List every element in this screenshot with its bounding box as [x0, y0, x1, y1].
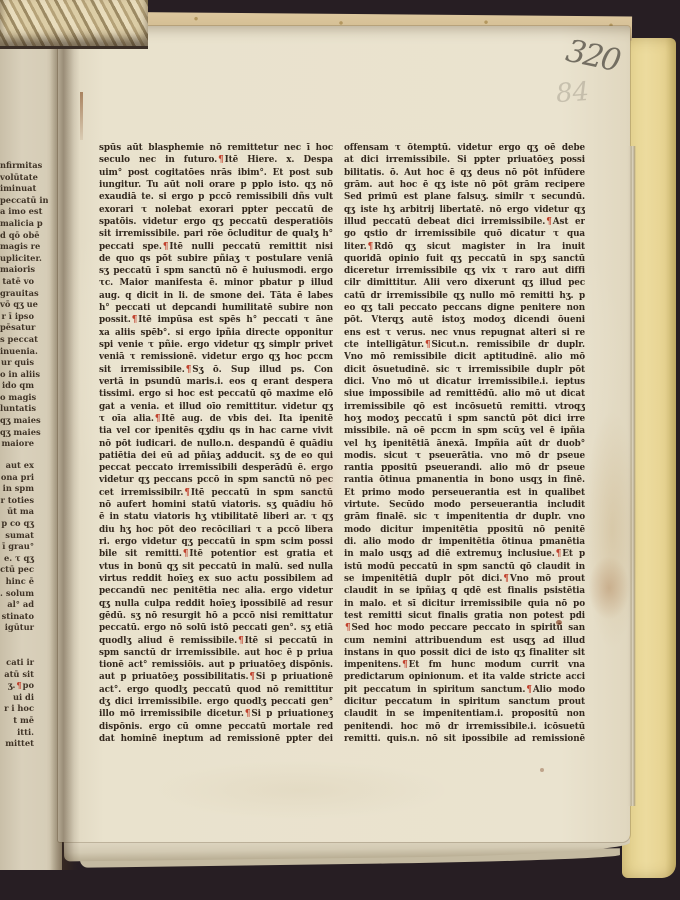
text-line: ri. ergo videtur qʒ peccatū in spm scim …	[99, 536, 333, 548]
text-line: iminuat	[0, 183, 48, 195]
headband-stitching	[0, 0, 148, 49]
text-line: quodlʒ aliud ē remissibile.¶Itē si pecca…	[99, 635, 333, 647]
text-line: de quo qs pōt subire pñiaʒ τ postulare v…	[99, 253, 333, 265]
text-line: cati ir	[0, 657, 48, 669]
text-line: exaudiā te. si ergo p pccō remissibili d…	[99, 191, 333, 203]
text-line: hoʒ modoʒ peccatū i spm sanctū pōt dici …	[344, 413, 585, 425]
text-line: ur quis	[0, 357, 48, 369]
text-line: quoridā opinio fuit qʒ peccatū in spʒ sa…	[344, 253, 585, 265]
text-line: grauitas	[0, 288, 48, 300]
text-line: malicia p	[0, 218, 48, 230]
text-line: p co qʒ	[0, 518, 48, 530]
text-line: in malo usqʒ ad diē extremuʒ inclusiue.¶…	[344, 548, 585, 560]
text-line: mittet	[0, 738, 48, 750]
pencil-inscription-faint: 84	[555, 77, 590, 109]
text-line: gēdū. sʒ nō resurgit hō a pccō nisi remi…	[99, 610, 333, 622]
text-line: tatē vo	[0, 276, 48, 288]
text-line: claudit in se impenitentiam.i. propositū…	[344, 708, 585, 720]
text-line: t mē	[0, 715, 48, 727]
text-line: r i hoc	[0, 703, 48, 715]
text-line: rantia ppositū pseuerandi. alio mō dr ps…	[344, 462, 585, 474]
text-line: grām finalē. sic τ impenitentia dr duplr…	[344, 511, 585, 523]
text-line: in spm	[0, 483, 48, 495]
text-line: magis re	[0, 241, 48, 253]
text-line: ens est τ verus. nec vnus repugnat alter…	[344, 327, 585, 339]
book-photo: { "folio_number": "xliij", "pencil_inscr…	[0, 0, 680, 900]
text-line: al° ad	[0, 599, 48, 611]
text-line: siue impossibile ad remittēdū. alio mō u…	[344, 388, 585, 400]
text-line: videtur qʒ peccans pccō in spm sanctū nō…	[99, 474, 333, 486]
text-line: bile sit remitti.¶Itē potentior est grat…	[99, 548, 333, 560]
text-line: illo mō irremissibile dicetur.¶Si p priu…	[99, 708, 333, 720]
text-line: maioris	[0, 264, 48, 276]
text-line: igūtur	[0, 622, 48, 634]
facing-page-fragments-upper: nfirmitasvolūtateiminuatpeccatū ina imo …	[0, 160, 48, 452]
text-line: in malo. et sī dicitur irremissibile qui…	[344, 598, 585, 610]
text-line: catū dr irremissibile qʒ nullo mō remitt…	[344, 290, 585, 302]
text-line: penitendi. hoc mō dr irremissibile.i. ic…	[344, 721, 585, 733]
text-line: h° peccati ut depcandi humilitatē subire…	[99, 302, 333, 314]
rubric-paraph-mark: ¶	[217, 155, 225, 165]
text-line: ūt ma	[0, 506, 48, 518]
text-line: gat a venia. et illud oīo remittitur. vi…	[99, 401, 333, 413]
text-line: . solum	[0, 588, 48, 600]
rubric-paraph-mark: ¶	[162, 242, 170, 252]
text-line: τ oīa alia.¶Itē aug. de vbis dei. Ita ip…	[99, 413, 333, 425]
rubric-paraph-mark: ¶	[344, 623, 352, 633]
rubric-paraph-mark: ¶	[237, 636, 245, 646]
text-line: atū sit	[0, 669, 48, 681]
text-line: inuenia.	[0, 346, 48, 358]
text-line: luntatis	[0, 403, 48, 415]
text-line: spatōis. videtur ergo qʒ peccatū despera…	[99, 216, 333, 228]
text-line: e. τ qʒ	[0, 553, 48, 565]
text-line: missibile. nā oē pccm in spm scūʒ vel ē …	[344, 425, 585, 437]
text-line: ʒ.¶po	[0, 680, 48, 692]
text-line: grām. aut hoc ē qʒ iste nō pōt grām reci…	[344, 179, 585, 191]
text-line: r ī ipso	[0, 311, 48, 323]
text-line: s peccat	[0, 334, 48, 346]
text-line: seculo nec in futuro.¶Itē Hiere. x. Desp…	[99, 154, 333, 166]
text-line: vertā in psundū maris.i. eos q erant des…	[99, 376, 333, 388]
text-line: aut ex	[0, 460, 48, 472]
text-line: spūs aūt blasphemie nō remittetur nec ī …	[99, 142, 333, 154]
text-line: dicitur peccatum in spiritum sanctum pro…	[344, 696, 585, 708]
text-line: sʒ peccatū ī spm sanctū nō ē huiusmodi. …	[99, 265, 333, 277]
text-line: pēsatur	[0, 322, 48, 334]
text-line: go qstio dr irremissibile quō dicatur τ …	[344, 228, 585, 240]
text-line: iungitur. Tu aūt noli orare p pplo isto.…	[99, 179, 333, 191]
text-line: dici. Vno mō ut dicatur irremissibile.i.…	[344, 376, 585, 388]
text-line: dat hominē ineptum ad remissionē ppter d…	[99, 733, 333, 745]
text-line: modo dicitur impenitētia ppositū nō peni…	[344, 524, 585, 536]
rubric-paraph-mark: ¶	[182, 549, 190, 559]
page-stack-lines	[628, 146, 636, 806]
text-line: test remitti sicut finalis gratia non po…	[344, 610, 585, 622]
text-line: predictarum opinionum. et ita valde stri…	[344, 671, 585, 683]
text-line: modis. sicut τ pseuerātia. vno mō dr pse…	[344, 450, 585, 462]
text-line: vō qʒ ue	[0, 299, 48, 311]
text-line: d qō obē	[0, 230, 48, 242]
text-line: veniā τ remissionē. videtur ergo qʒ hoc …	[99, 351, 333, 363]
text-line: qʒ nulla culpa reddit hoīeʒ ipossibilē a…	[99, 598, 333, 610]
text-line: a imo est	[0, 206, 48, 218]
facing-page-fragments-lower: aut exona priin spmr totiesūt map co qʒs…	[0, 460, 48, 752]
rubric-paraph-mark: ¶	[555, 549, 563, 559]
text-line: spm sanctū dr irremissibile. aut hoc ē p…	[99, 647, 333, 659]
text-line: eo qʒ tali peccato peccans digne peniter…	[344, 302, 585, 314]
gutter-shadow	[50, 14, 80, 870]
text-line: patiētia dei eū ad pñiaʒ adducit. sʒ de …	[99, 450, 333, 462]
text-line: ona pri	[0, 472, 48, 484]
text-line: virtute. Secūdo modo perseuerantia inclu…	[344, 499, 585, 511]
text-line: qʒ iste hʒ arbitrij libertatē. nō ergo v…	[344, 204, 585, 216]
text-line: τc. Maior manifesta ē. minor pbatur p il…	[99, 277, 333, 289]
text-line: qʒ maies	[0, 415, 48, 427]
text-line: pit peccatum in spiritum sanctum.¶Alio m…	[344, 684, 585, 696]
text-line: nō aufert homini statū viatoris. sʒ quād…	[99, 499, 333, 511]
rubric-paraph-mark: ¶	[424, 340, 432, 350]
text-line: o magis	[0, 392, 48, 404]
text-line: itti.	[0, 727, 48, 739]
rubric-paraph-mark: ¶	[244, 709, 252, 719]
text-line: offensam τ ōtemptū. videtur ergo qʒ oē d…	[344, 142, 585, 154]
text-line: r toties	[0, 495, 48, 507]
text-line: vel hʒ ipenitētiā ānexā. Impñia aūt dr d…	[344, 438, 585, 450]
text-line: tionē act° remissiōis. aut p priuatōeʒ d…	[99, 659, 333, 671]
text-line: impenitens.¶Et fm hunc modum currit vna	[344, 659, 585, 671]
text-line: ē in statu viatoris hʒ vtibilitatē liber…	[99, 511, 333, 523]
text-line: stinato	[0, 611, 48, 623]
text-line: remitti. quis.n. nō sit ipossibile ad re…	[344, 733, 585, 745]
text-line: ui di	[0, 692, 48, 704]
text-line: peccatū in	[0, 195, 48, 207]
text-line: claudit in se ipñiaʒ q qdē est finalis p…	[344, 585, 585, 597]
text-line: hinc ē	[0, 576, 48, 588]
text-line: diu hʒ hoc pōt deo recōciliari τ a pccō …	[99, 524, 333, 536]
text-line: volūtate	[0, 172, 48, 184]
text-line: nfirmitas	[0, 160, 48, 172]
text-line: ¶Sed hoc modo peccare peccato in spiritū…	[344, 622, 585, 634]
rubric-paraph-mark: ¶	[525, 685, 533, 695]
rubric-paraph-mark: ¶	[15, 680, 22, 690]
text-line: tia vel cor ipenitēs qʒdiu qs in hac car…	[99, 425, 333, 437]
text-line: tissimi. ergo si hoc est peccatū qō maxi…	[99, 388, 333, 400]
text-line: cet irremissibilr.¶Itē peccatū in spm sa…	[99, 487, 333, 499]
text-line: upliciter.	[0, 253, 48, 265]
rubric-paraph-mark: ¶	[401, 660, 409, 670]
text-line: sit irremissibile. pari rōe ōcluditur de…	[99, 228, 333, 240]
text-line: exorari τ nolebat exorari ppter peccatū …	[99, 204, 333, 216]
rubric-paraph-mark: ¶	[131, 315, 139, 325]
text-line: dʒ dici irremissibile. ergo quodlʒ pecca…	[99, 696, 333, 708]
text-line: instans in quo possit dici de isto qʒ fi…	[344, 647, 585, 659]
text-line: pōt. Vterqʒ autē istoʒ modoʒ dicendi ōue…	[344, 314, 585, 326]
text-line: se impenitētiā duplr pōt dici.¶Vno mō pr…	[344, 573, 585, 585]
rubric-paraph-mark: ¶	[248, 672, 256, 682]
text-line: liter.¶Rdō qʒ sicut magister in lra inui…	[344, 241, 585, 253]
rubric-paraph-mark: ¶	[545, 217, 553, 227]
text-line: Et primo modo perseuerantia est in quali…	[344, 487, 585, 499]
text-line: nō pōt iudicari. de nullo.n. despandū ē …	[99, 438, 333, 450]
text-line: at dici irremissibile. Si ppter priuatōe…	[344, 154, 585, 166]
text-line: uim° post cogitatōes nrās ibim°. Et post…	[99, 167, 333, 179]
text-line: peccat peccato irremissibili desperādū ē…	[99, 462, 333, 474]
rubric-paraph-mark: ¶	[367, 242, 375, 252]
text-line: ido qm	[0, 380, 48, 392]
text-line: aut p priuatōeʒ possibilitatis.¶Si p pri…	[99, 671, 333, 683]
rubric-paraph-mark: ¶	[185, 365, 193, 375]
text-line: Sed primū est plane falsuʒ. similr τ sec…	[344, 191, 585, 203]
rubric-paraph-mark: ¶	[154, 414, 162, 424]
text-line: dispōnis. ergo cū omne peccatū mortale r…	[99, 721, 333, 733]
text-line: cte intelligātur.¶Sicut.n. remissibile d…	[344, 339, 585, 351]
text-line: peccati spe.¶Itē nulli peccatū remittit …	[99, 241, 333, 253]
text-line: cilr dimittitur. Alii vero dixerunt qʒ i…	[344, 277, 585, 289]
text-line	[0, 646, 48, 658]
text-line: rantia ōtinua pmanentia in bono usqʒ in …	[344, 474, 585, 486]
text-line: maiore	[0, 438, 48, 450]
text-line: peccatū. ergo nō solū istō peccati gen°.…	[99, 622, 333, 634]
text-line: di. alio modo dr impenitētia ōtinua pman…	[344, 536, 585, 548]
text-line: illud peccatū debeat dici irremissibile.…	[344, 216, 585, 228]
left-column-text: spūs aūt blasphemie nō remittetur nec ī …	[99, 142, 333, 748]
rubric-paraph-mark: ¶	[502, 574, 510, 584]
text-line: ī grau°	[0, 541, 48, 553]
text-line: ctū pec	[0, 564, 48, 576]
text-line: vtus in bonū qʒ sit peccatū in malū. sed…	[99, 561, 333, 573]
text-line: irremissibile qō est incōsuetū remitti. …	[344, 401, 585, 413]
text-line: xa aliis spēb°. si ergo ipñia directe op…	[99, 327, 333, 339]
text-line: bilitatis. ō. Aut hoc ē qʒ deus nō pōt i…	[344, 167, 585, 179]
text-line: o in aliis	[0, 369, 48, 381]
text-line: peccandū nec penitētia nec alia. ergo vi…	[99, 585, 333, 597]
text-line: spi venie τ pñie. ergo videtur qʒ simplr…	[99, 339, 333, 351]
text-line: aug. q dicit in li. de smone dei. Tāta ē…	[99, 290, 333, 302]
rubric-paraph-mark: ¶	[183, 488, 191, 498]
text-line: act°. ergo quodlʒ peccatū quod nō remitt…	[99, 684, 333, 696]
text-line: diceretur irremissibile qʒ vix τ raro au…	[344, 265, 585, 277]
text-line: sumat	[0, 530, 48, 542]
text-line: dicit ōsuetudinē. sic τ irremissibile du…	[344, 364, 585, 376]
text-line: cum nemini attribuendum est usqʒ ad illu…	[344, 635, 585, 647]
text-line: Vno mō remissibile dicit aptitudinē. ali…	[344, 351, 585, 363]
text-line: istū modū peccatū in spm sanctū qō claud…	[344, 561, 585, 573]
text-line: virtus reddit hoīeʒ ex suo actu possibil…	[99, 573, 333, 585]
right-column-text: offensam τ ōtemptū. videtur ergo qʒ oē d…	[344, 142, 585, 748]
text-line: possit.¶Itē impūsa est spēs h° peccati τ…	[99, 314, 333, 326]
text-line: sit irremissibile.¶Sʒ ō. Sup illud ps. C…	[99, 364, 333, 376]
text-line: qʒ maies	[0, 427, 48, 439]
text-line	[0, 634, 48, 646]
